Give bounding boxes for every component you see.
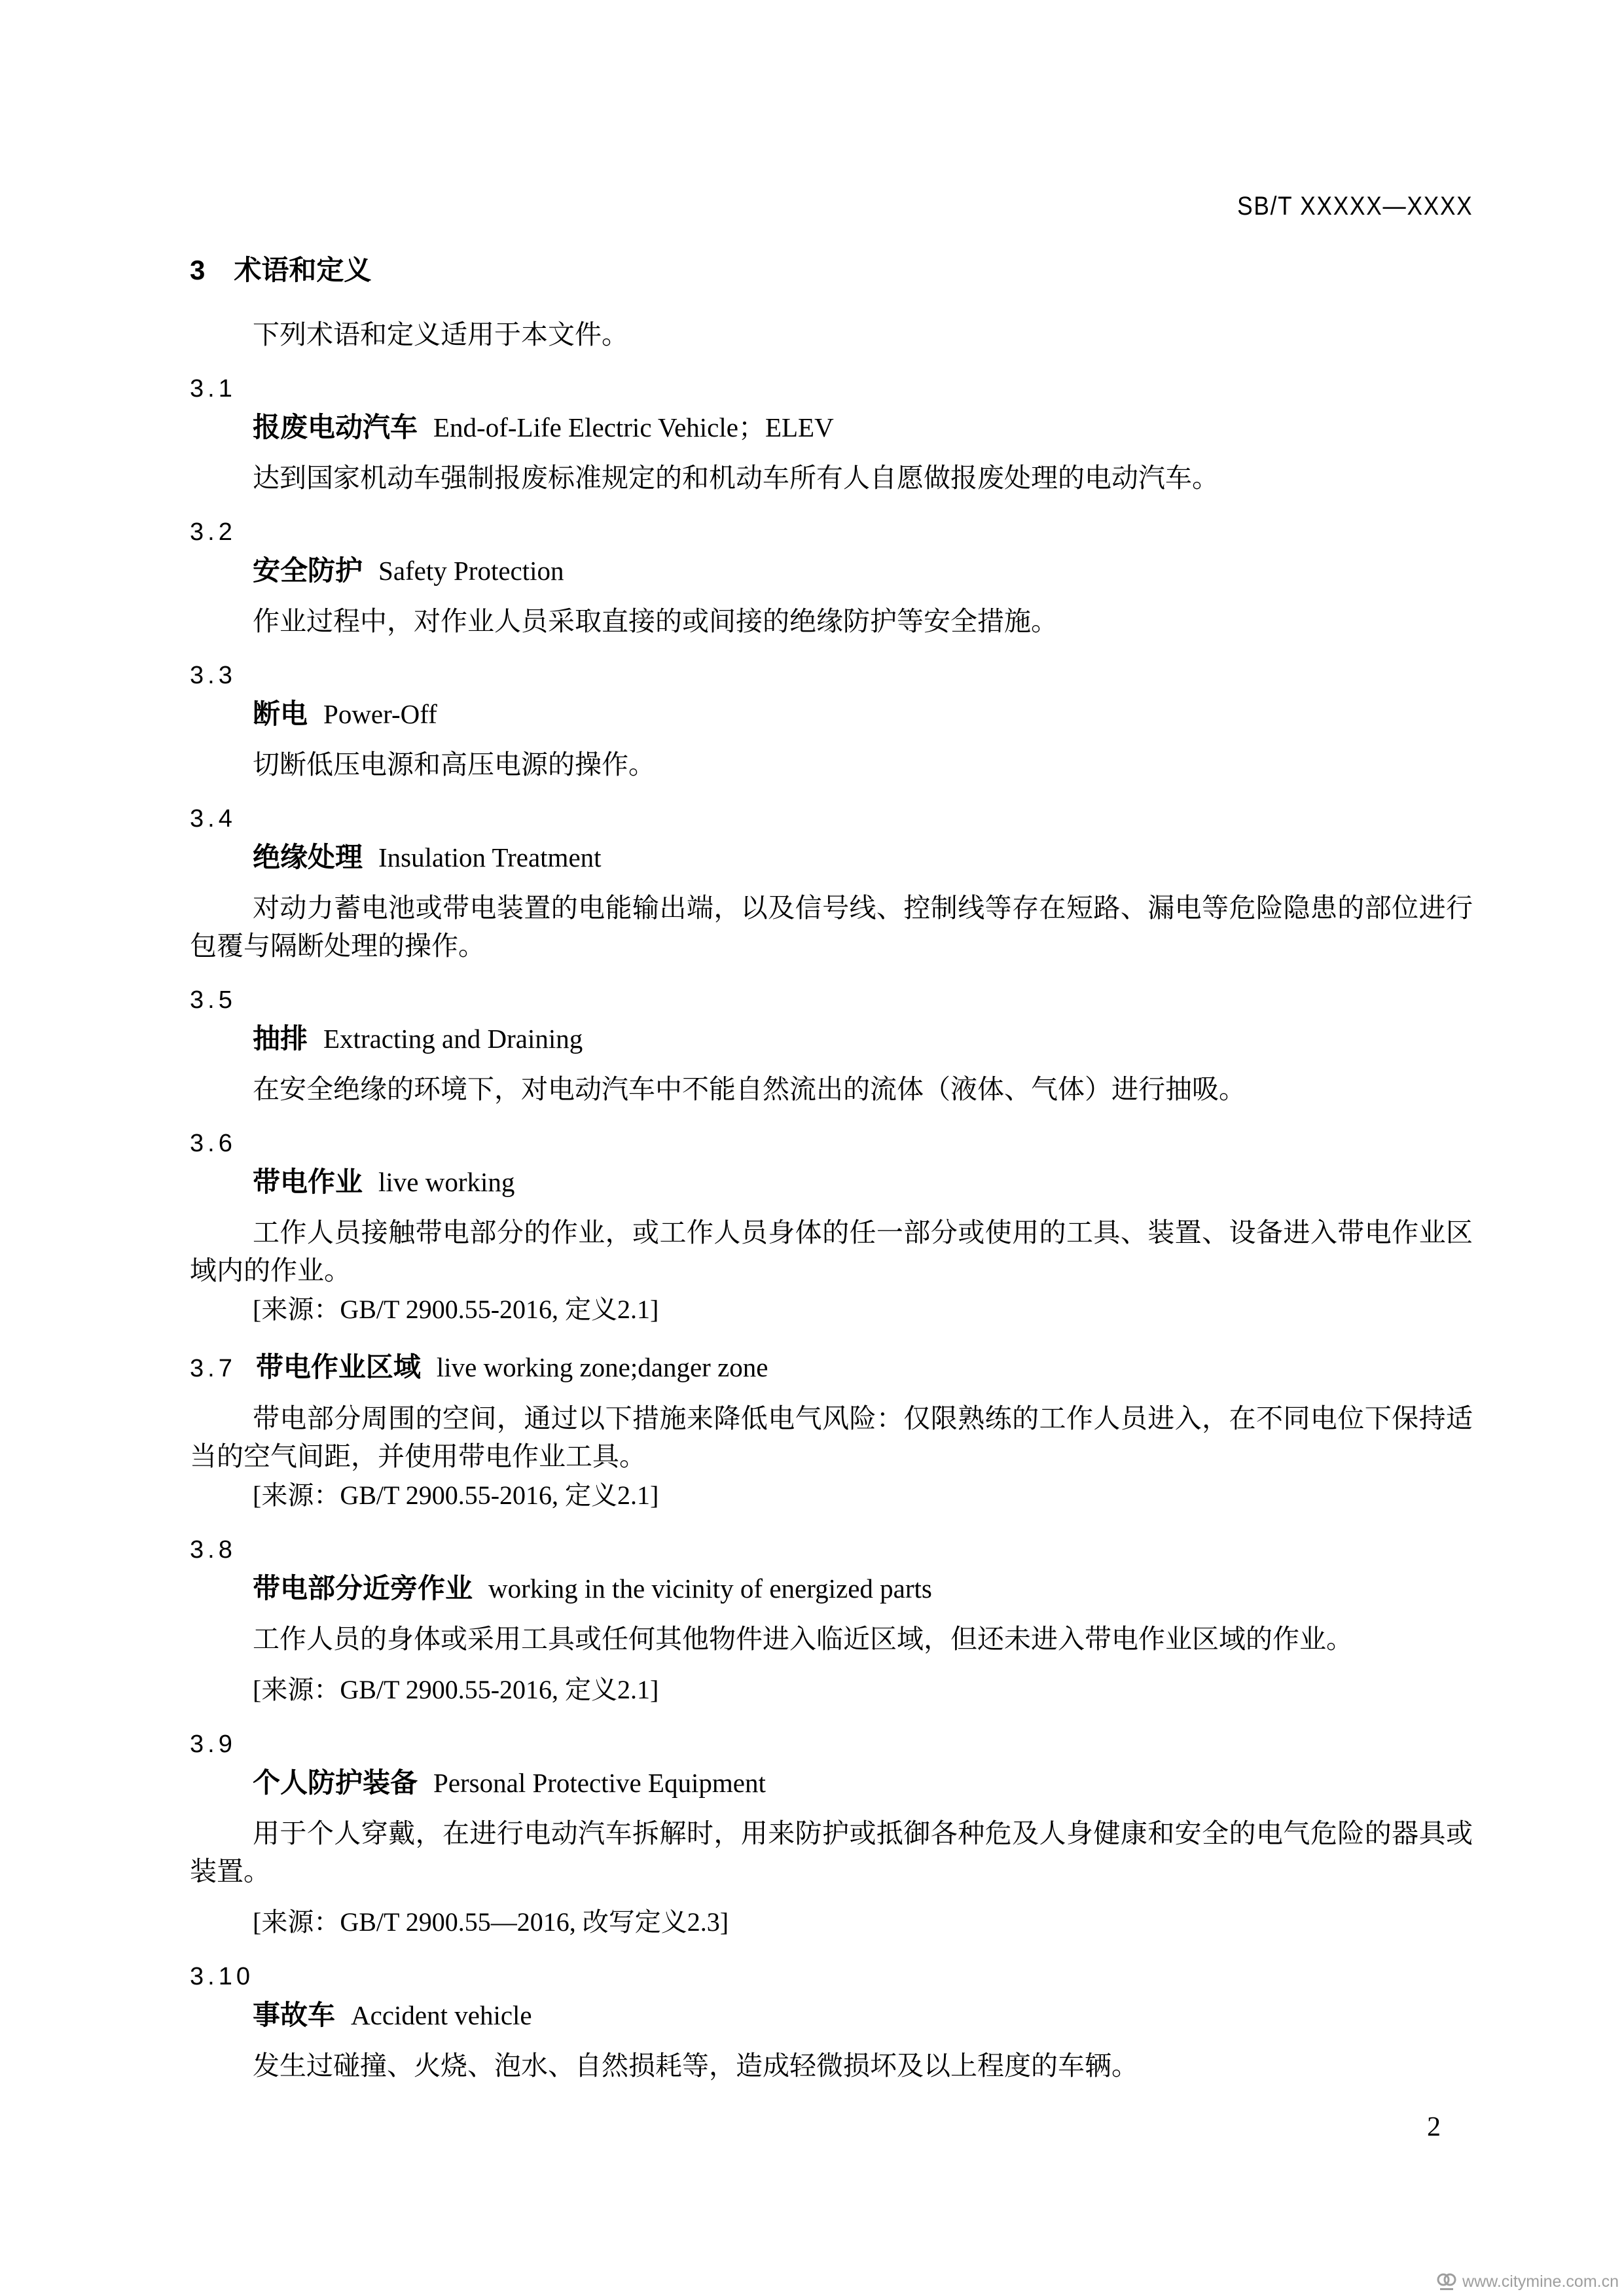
term-en: Safety Protection — [378, 556, 564, 586]
term-zh: 报废电动汽车 — [253, 412, 418, 442]
term-en: live working — [378, 1167, 514, 1197]
term-source: [来源：GB/T 2900.55-2016, 定义2.1] — [190, 1477, 1473, 1515]
term-line: 安全防护Safety Protection — [190, 552, 1473, 590]
citymine-logo-icon — [1436, 2271, 1457, 2292]
term-section: 3.4 绝缘处理Insulation Treatment 对动力蓄电池或带电装置… — [190, 803, 1473, 965]
term-source: [来源：GB/T 2900.55-2016, 定义2.1] — [190, 1671, 1473, 1709]
term-number: 3.6 — [190, 1128, 1473, 1159]
term-section: 3.6 带电作业live working 工作人员接触带电部分的作业，或工作人员… — [190, 1128, 1473, 1329]
watermark-text: www.citymine.com.cn — [1462, 2272, 1619, 2291]
page-number: 2 — [1427, 2111, 1441, 2143]
term-definition: 工作人员接触带电部分的作业，或工作人员身体的任一部分或使用的工具、装置、设备进入… — [190, 1213, 1473, 1289]
term-en: live working zone;danger zone — [437, 1352, 768, 1382]
term-zh: 绝缘处理 — [253, 842, 363, 872]
term-zh: 安全防护 — [253, 555, 363, 586]
term-zh: 断电 — [253, 698, 308, 729]
term-line: 断电Power-Off — [190, 695, 1473, 734]
term-number: 3.4 — [190, 803, 1473, 834]
term-zh: 抽排 — [253, 1023, 308, 1054]
term-section: 3.2 安全防护Safety Protection 作业过程中，对作业人员采取直… — [190, 516, 1473, 640]
term-zh: 带电部分近旁作业 — [253, 1573, 473, 1604]
term-section: 3.9 个人防护装备Personal Protective Equipment … — [190, 1729, 1473, 1941]
term-definition: 达到国家机动车强制报废标准规定的和机动车所有人自愿做报废处理的电动汽车。 — [190, 459, 1473, 497]
term-definition: 在安全绝缘的环境下，对电动汽车中不能自然流出的流体（液体、气体）进行抽吸。 — [190, 1070, 1473, 1108]
section-heading-title: 术语和定义 — [234, 255, 371, 285]
page-content: 3术语和定义 下列术语和定义适用于本文件。 3.1 报废电动汽车End-of-L… — [190, 0, 1473, 2085]
term-en: Extracting and Draining — [323, 1024, 583, 1054]
term-en: Insulation Treatment — [378, 842, 602, 872]
term-section: 3.1 报废电动汽车End-of-Life Electric Vehicle；E… — [190, 373, 1473, 497]
term-line: 3.7带电作业区域live working zone;danger zone — [190, 1348, 1473, 1388]
term-en: Power-Off — [323, 699, 437, 729]
term-zh: 事故车 — [253, 2000, 335, 2030]
document-page: SB/T XXXXX—XXXX 3术语和定义 下列术语和定义适用于本文件。 3.… — [0, 0, 1624, 2296]
term-number: 3.1 — [190, 373, 1473, 404]
term-en: Personal Protective Equipment — [433, 1768, 766, 1798]
term-section: 3.10 事故车Accident vehicle 发生过碰撞、火烧、泡水、自然损… — [190, 1961, 1473, 2085]
term-line: 抽排Extracting and Draining — [190, 1020, 1473, 1058]
section-heading-number: 3 — [190, 255, 205, 285]
intro-text: 下列术语和定义适用于本文件。 — [190, 315, 1473, 353]
section-heading: 3术语和定义 — [190, 254, 1473, 287]
term-number: 3.7 — [190, 1355, 236, 1382]
term-en: Accident vehicle — [351, 2000, 532, 2030]
term-en: working in the vicinity of energized par… — [488, 1573, 932, 1604]
term-definition: 带电部分周围的空间，通过以下措施来降低电气风险：仅限熟练的工作人员进入，在不同电… — [190, 1399, 1473, 1475]
term-zh: 带电作业区域 — [256, 1352, 421, 1382]
term-line: 报废电动汽车End-of-Life Electric Vehicle；ELEV — [190, 408, 1473, 447]
term-en: End-of-Life Electric Vehicle；ELEV — [433, 412, 834, 442]
term-section: 3.3 断电Power-Off 切断低压电源和高压电源的操作。 — [190, 660, 1473, 783]
term-zh: 带电作业 — [253, 1166, 363, 1197]
term-definition: 作业过程中，对作业人员采取直接的或间接的绝缘防护等安全措施。 — [190, 602, 1473, 640]
term-line: 带电作业live working — [190, 1163, 1473, 1202]
term-definition: 切断低压电源和高压电源的操作。 — [190, 745, 1473, 783]
term-number: 3.2 — [190, 516, 1473, 548]
term-definition: 工作人员的身体或采用工具或任何其他物件进入临近区域，但还未进入带电作业区域的作业… — [190, 1620, 1473, 1658]
term-definition: 发生过碰撞、火烧、泡水、自然损耗等，造成轻微损坏及以上程度的车辆。 — [190, 2047, 1473, 2085]
term-line: 带电部分近旁作业working in the vicinity of energ… — [190, 1570, 1473, 1608]
term-number: 3.3 — [190, 660, 1473, 691]
term-section: 3.8 带电部分近旁作业working in the vicinity of e… — [190, 1534, 1473, 1709]
term-section: 3.5 抽排Extracting and Draining 在安全绝缘的环境下，… — [190, 984, 1473, 1108]
watermark: www.citymine.com.cn — [1436, 2271, 1619, 2292]
term-number: 3.5 — [190, 984, 1473, 1016]
term-line: 个人防护装备Personal Protective Equipment — [190, 1764, 1473, 1803]
term-line: 事故车Accident vehicle — [190, 1996, 1473, 2035]
term-definition: 用于个人穿戴，在进行电动汽车拆解时，用来防护或抵御各种危及人身健康和安全的电气危… — [190, 1814, 1473, 1890]
term-source: [来源：GB/T 2900.55-2016, 定义2.1] — [190, 1291, 1473, 1329]
term-source: [来源：GB/T 2900.55—2016, 改写定义2.3] — [190, 1903, 1473, 1941]
term-section: 3.7带电作业区域live working zone;danger zone 带… — [190, 1348, 1473, 1515]
term-number: 3.8 — [190, 1534, 1473, 1566]
term-number: 3.9 — [190, 1729, 1473, 1760]
term-number: 3.10 — [190, 1961, 1473, 1992]
term-definition: 对动力蓄电池或带电装置的电能输出端，以及信号线、控制线等存在短路、漏电等危险隐患… — [190, 889, 1473, 965]
term-line: 绝缘处理Insulation Treatment — [190, 838, 1473, 877]
term-zh: 个人防护装备 — [253, 1767, 418, 1798]
